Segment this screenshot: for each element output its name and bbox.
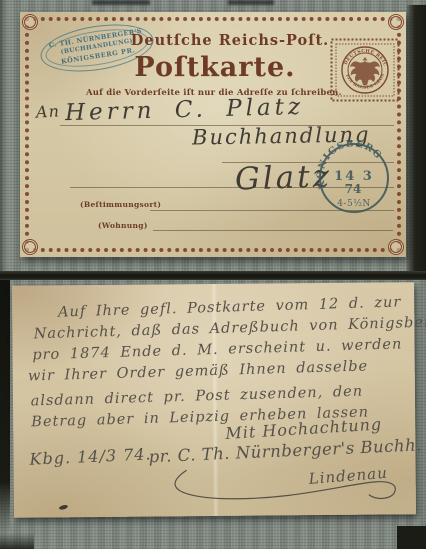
imprinted-stamp: DEUTSCHE REICHS-POST EIN HALBER GROSCHEN xyxy=(330,38,400,102)
corner-rosette xyxy=(22,239,38,255)
ink-blot xyxy=(59,504,69,510)
photo-front: C. TH. NÜRNBERGER'S (BUCHHANDLUNG) KÖNIG… xyxy=(0,0,426,272)
photo-shadow-left xyxy=(0,280,10,532)
handwritten-message: Auf Ihre gefl. Postkarte vom 12 d. zur N… xyxy=(11,294,417,436)
wohnung-rule xyxy=(153,230,393,231)
corner-rosette xyxy=(22,14,38,30)
photo-edge-shade xyxy=(0,0,5,272)
signature-flourish xyxy=(139,460,414,512)
bestimmungsort-label: (Beſtimmungsort) xyxy=(80,200,161,209)
postmark-year: 74 xyxy=(345,182,362,196)
photo-dark-corner xyxy=(397,526,426,549)
postcard-back: Auf Ihre gefl. Postkarte vom 12 d. zur N… xyxy=(12,282,416,517)
dateline-handwriting: Kbg. 14/3 74. xyxy=(29,444,152,468)
photo-shadow-right xyxy=(407,5,426,272)
postmark-time: 4-5½N xyxy=(337,198,371,209)
pencil-mark xyxy=(92,0,150,5)
corner-rosette xyxy=(388,14,404,30)
an-printed-label: An xyxy=(36,101,61,121)
card-title-postkarte: Poſtkarte. xyxy=(125,52,305,83)
pencil-mark xyxy=(228,0,274,5)
postcard-front: C. TH. NÜRNBERGER'S (BUCHHANDLUNG) KÖNIG… xyxy=(20,12,406,257)
photo-collage: C. TH. NÜRNBERGER'S (BUCHHANDLUNG) KÖNIG… xyxy=(0,0,426,549)
corner-rosette xyxy=(388,239,404,255)
header-deutsche-reichs-post: Deutſche Reichs-Poſt. xyxy=(120,32,340,49)
photo-dark-corner xyxy=(0,533,34,549)
wohnung-label: (Wohnung) xyxy=(98,221,148,230)
photo-back: Auf Ihre gefl. Postkarte vom 12 d. zur N… xyxy=(0,280,426,549)
postmark-koenigsberg: KÖNIGSBERG PR. 14 3 74 4-5½N xyxy=(316,140,392,216)
